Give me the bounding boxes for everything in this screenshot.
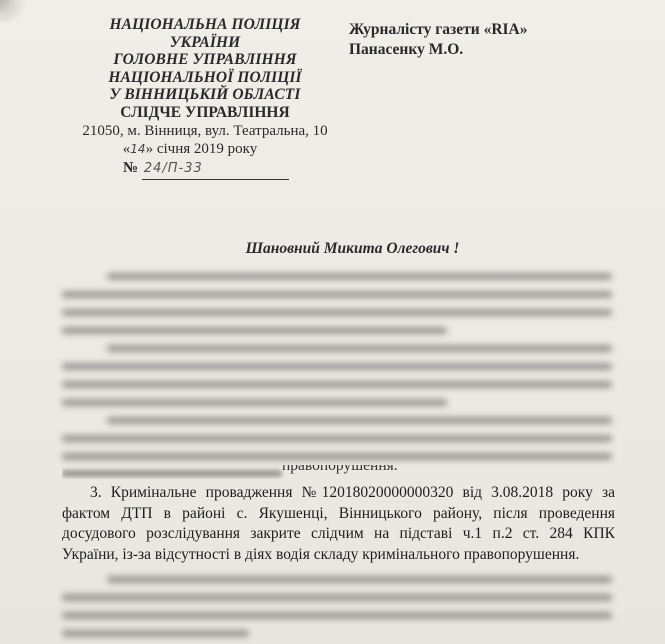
quote-close: »: [146, 141, 154, 157]
paragraph-line: 3. Кримінальне провадження №120180200000…: [62, 483, 615, 504]
org-line: УКРАЇНИ: [70, 34, 340, 52]
paragraph-3: 3. Кримінальне провадження №120180200000…: [62, 483, 615, 565]
paragraph-line: України, із-за відсутності в діях водія …: [62, 545, 615, 566]
letter-page: НАЦІОНАЛЬНА ПОЛІЦІЯ УКРАЇНИ ГОЛОВНЕ УПРА…: [0, 0, 665, 644]
registration-number: № 24/П-33: [70, 158, 340, 180]
handwritten-day: 14: [130, 142, 145, 156]
redacted-fragment: [62, 465, 282, 479]
recipient-line: Панасенку М.О.: [349, 40, 528, 60]
paragraph-line: досудового розслідування закрите слідчим…: [62, 524, 615, 545]
org-line: НАЦІОНАЛЬНОЇ ПОЛІЦІЇ: [70, 69, 340, 87]
page-corner-shadow: [0, 0, 26, 22]
reg-label: №: [123, 160, 138, 176]
sender-address: 21050, м. Вінниця, вул. Театральна, 10: [70, 122, 340, 140]
department-name: СЛІДЧЕ УПРАВЛІННЯ: [70, 104, 340, 122]
redacted-paragraph-4: [62, 565, 612, 644]
date-rest: січня 2019 року: [153, 141, 257, 157]
sender-letterhead: НАЦІОНАЛЬНА ПОЛІЦІЯ УКРАЇНИ ГОЛОВНЕ УПРА…: [70, 16, 340, 180]
letter-date: «14» січня 2019 року: [70, 140, 340, 158]
salutation: Шановний Микита Олегович !: [0, 240, 665, 258]
recipient-block: Журналісту газети «RIA» Панасенку М.О.: [349, 20, 528, 60]
org-line: У ВІННИЦЬКІЙ ОБЛАСТІ: [70, 86, 340, 104]
paragraph-line: фактом ДТП в районі с. Якушенці, Вінниць…: [62, 504, 615, 525]
org-line: ГОЛОВНЕ УПРАВЛІННЯ: [70, 51, 340, 69]
org-line: НАЦІОНАЛЬНА ПОЛІЦІЯ: [70, 16, 340, 34]
recipient-line: Журналісту газети «RIA»: [349, 20, 528, 40]
handwritten-reg-number: 24/П-33: [142, 159, 289, 180]
redacted-paragraphs-1-2: [62, 262, 612, 470]
partially-visible-line: правопорушення.: [62, 465, 492, 479]
